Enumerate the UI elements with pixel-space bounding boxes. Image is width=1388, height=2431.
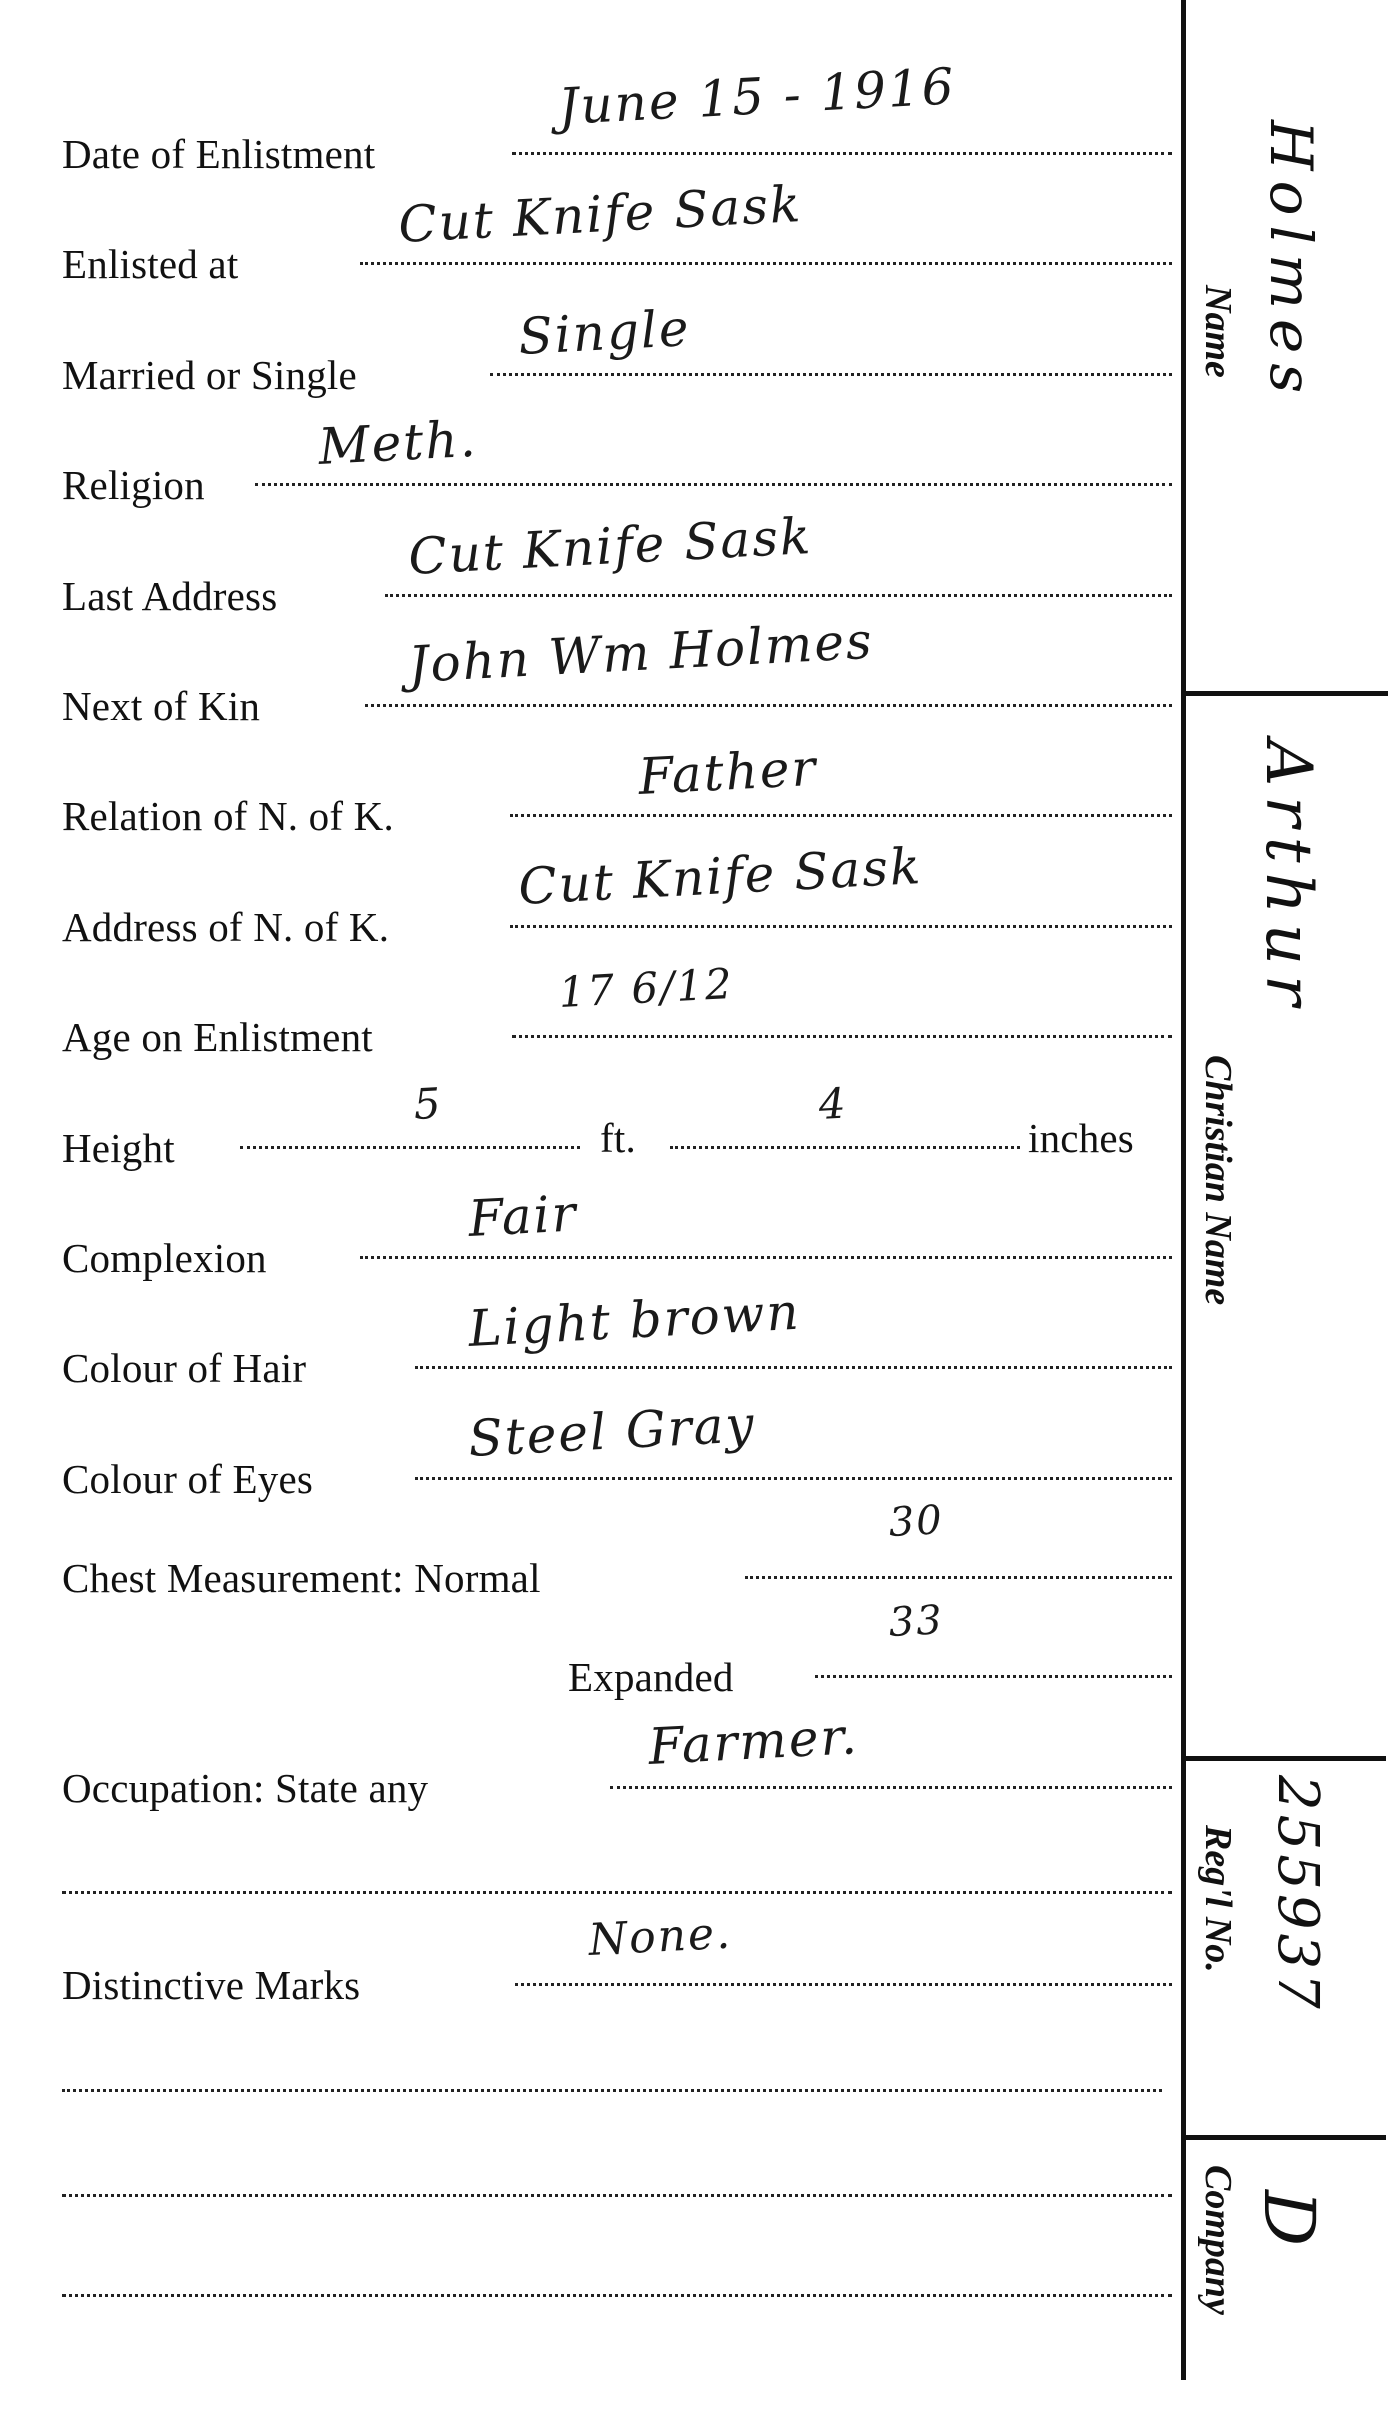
field-label: Last Address (62, 576, 277, 617)
field-label: Distinctive Marks (62, 1965, 360, 2006)
divider-christian-name (1186, 1756, 1386, 1761)
field-colour-of-eyes: Colour of Eyes (62, 1440, 313, 1500)
field-value-next-of-kin: John Wm Holmes (407, 612, 875, 694)
field-value-height-feet: 5 (412, 1079, 443, 1129)
dotted-line (610, 1786, 1172, 1789)
field-value-complexion: Fair (467, 1184, 579, 1248)
company-label: Company (1196, 2165, 1240, 2315)
dotted-line (415, 1477, 1172, 1480)
field-distinctive-marks: Distinctive Marks (62, 1946, 360, 2006)
dotted-line (490, 373, 1172, 376)
field-label: Relation of N. of K. (62, 796, 394, 837)
field-value-colour-of-hair: Light brown (467, 1283, 802, 1358)
field-value-colour-of-eyes: Steel Gray (467, 1395, 757, 1468)
field-label: Married or Single (62, 355, 357, 396)
field-label: Height (62, 1128, 175, 1169)
field-relation-of-nok: Relation of N. of K. (62, 777, 394, 837)
field-colour-of-hair: Colour of Hair (62, 1329, 306, 1389)
field-date-of-enlistment: Date of Enlistment (62, 115, 375, 175)
regl-no-value: 255937 (1265, 1775, 1330, 2013)
field-value-married-or-single: Single (517, 299, 692, 366)
field-enlisted-at: Enlisted at (62, 225, 238, 285)
field-label: Religion (62, 465, 205, 506)
inches-label: inches (1028, 1118, 1134, 1159)
ft-label: ft. (600, 1118, 636, 1159)
field-value-chest-normal: 30 (888, 1497, 945, 1546)
field-value-distinctive-marks: None. (587, 1908, 733, 1966)
christian-name-value: Arthur (1251, 740, 1325, 1016)
field-label: Expanded (568, 1657, 734, 1698)
dotted-line (385, 594, 1172, 597)
divider-regl-no (1186, 2135, 1386, 2140)
company-value: D (1248, 2190, 1330, 2256)
field-age-on-enlistment: Age on Enlistment (62, 998, 373, 1058)
field-value-address-of-nok: Cut Knife Sask (517, 837, 923, 916)
field-complexion: Complexion (62, 1219, 267, 1279)
dotted-line (510, 925, 1172, 928)
field-label: Chest Measurement: Normal (62, 1558, 541, 1599)
field-height: Height (62, 1109, 175, 1169)
dotted-line-blank (62, 2294, 1172, 2297)
name-label: Name (1196, 285, 1240, 378)
field-value-occupation: Farmer. (647, 1707, 860, 1776)
dotted-line (815, 1675, 1172, 1678)
column-divider (1181, 0, 1186, 2380)
name-value: Holmes (1257, 120, 1325, 403)
field-label: Complexion (62, 1238, 267, 1279)
dotted-line (415, 1366, 1172, 1369)
dotted-line (365, 704, 1172, 707)
field-value-relation-of-nok: Father (637, 739, 819, 806)
field-chest-normal: Chest Measurement: Normal (62, 1539, 541, 1599)
field-label: Address of N. of K. (62, 907, 389, 948)
dotted-line (360, 1256, 1172, 1259)
regl-no-label: Reg'l No. (1196, 1825, 1240, 1973)
field-value-height-inches: 4 (817, 1079, 848, 1129)
field-value-age-on-enlistment: 17 6/12 (557, 959, 734, 1017)
dotted-line (670, 1146, 1020, 1149)
field-religion: Religion (62, 446, 205, 506)
field-married-or-single: Married or Single (62, 336, 357, 396)
field-label: Occupation: State any (62, 1768, 428, 1809)
field-value-date-of-enlistment: June 15 - 1916 (557, 57, 957, 136)
dotted-line (745, 1576, 1172, 1579)
dotted-line (512, 152, 1172, 155)
field-label: Colour of Hair (62, 1348, 306, 1389)
field-value-chest-expanded: 33 (888, 1597, 945, 1646)
dotted-line-blank (62, 2089, 1162, 2092)
christian-name-label: Christian Name (1196, 1055, 1240, 1305)
field-chest-expanded: Expanded (568, 1638, 734, 1698)
divider-name (1186, 691, 1388, 696)
field-label: Age on Enlistment (62, 1017, 373, 1058)
dotted-line (240, 1146, 580, 1149)
field-next-of-kin: Next of Kin (62, 667, 260, 727)
field-occupation: Occupation: State any (62, 1749, 428, 1809)
field-label: Colour of Eyes (62, 1459, 313, 1500)
field-address-of-nok: Address of N. of K. (62, 888, 389, 948)
field-value-religion: Meth. (317, 410, 479, 476)
dotted-line (515, 1983, 1172, 1986)
field-value-enlisted-at: Cut Knife Sask (397, 175, 803, 254)
dotted-line (512, 1035, 1172, 1038)
field-value-last-address: Cut Knife Sask (407, 507, 813, 586)
field-label: Date of Enlistment (62, 134, 375, 175)
dotted-line (255, 483, 1172, 486)
field-label: Enlisted at (62, 244, 238, 285)
field-last-address: Last Address (62, 557, 277, 617)
field-label: Next of Kin (62, 686, 260, 727)
dotted-line-blank (62, 2194, 1172, 2197)
dotted-line (360, 262, 1172, 265)
dotted-line (510, 814, 1172, 817)
dotted-line-occupation-continued (62, 1891, 1172, 1894)
